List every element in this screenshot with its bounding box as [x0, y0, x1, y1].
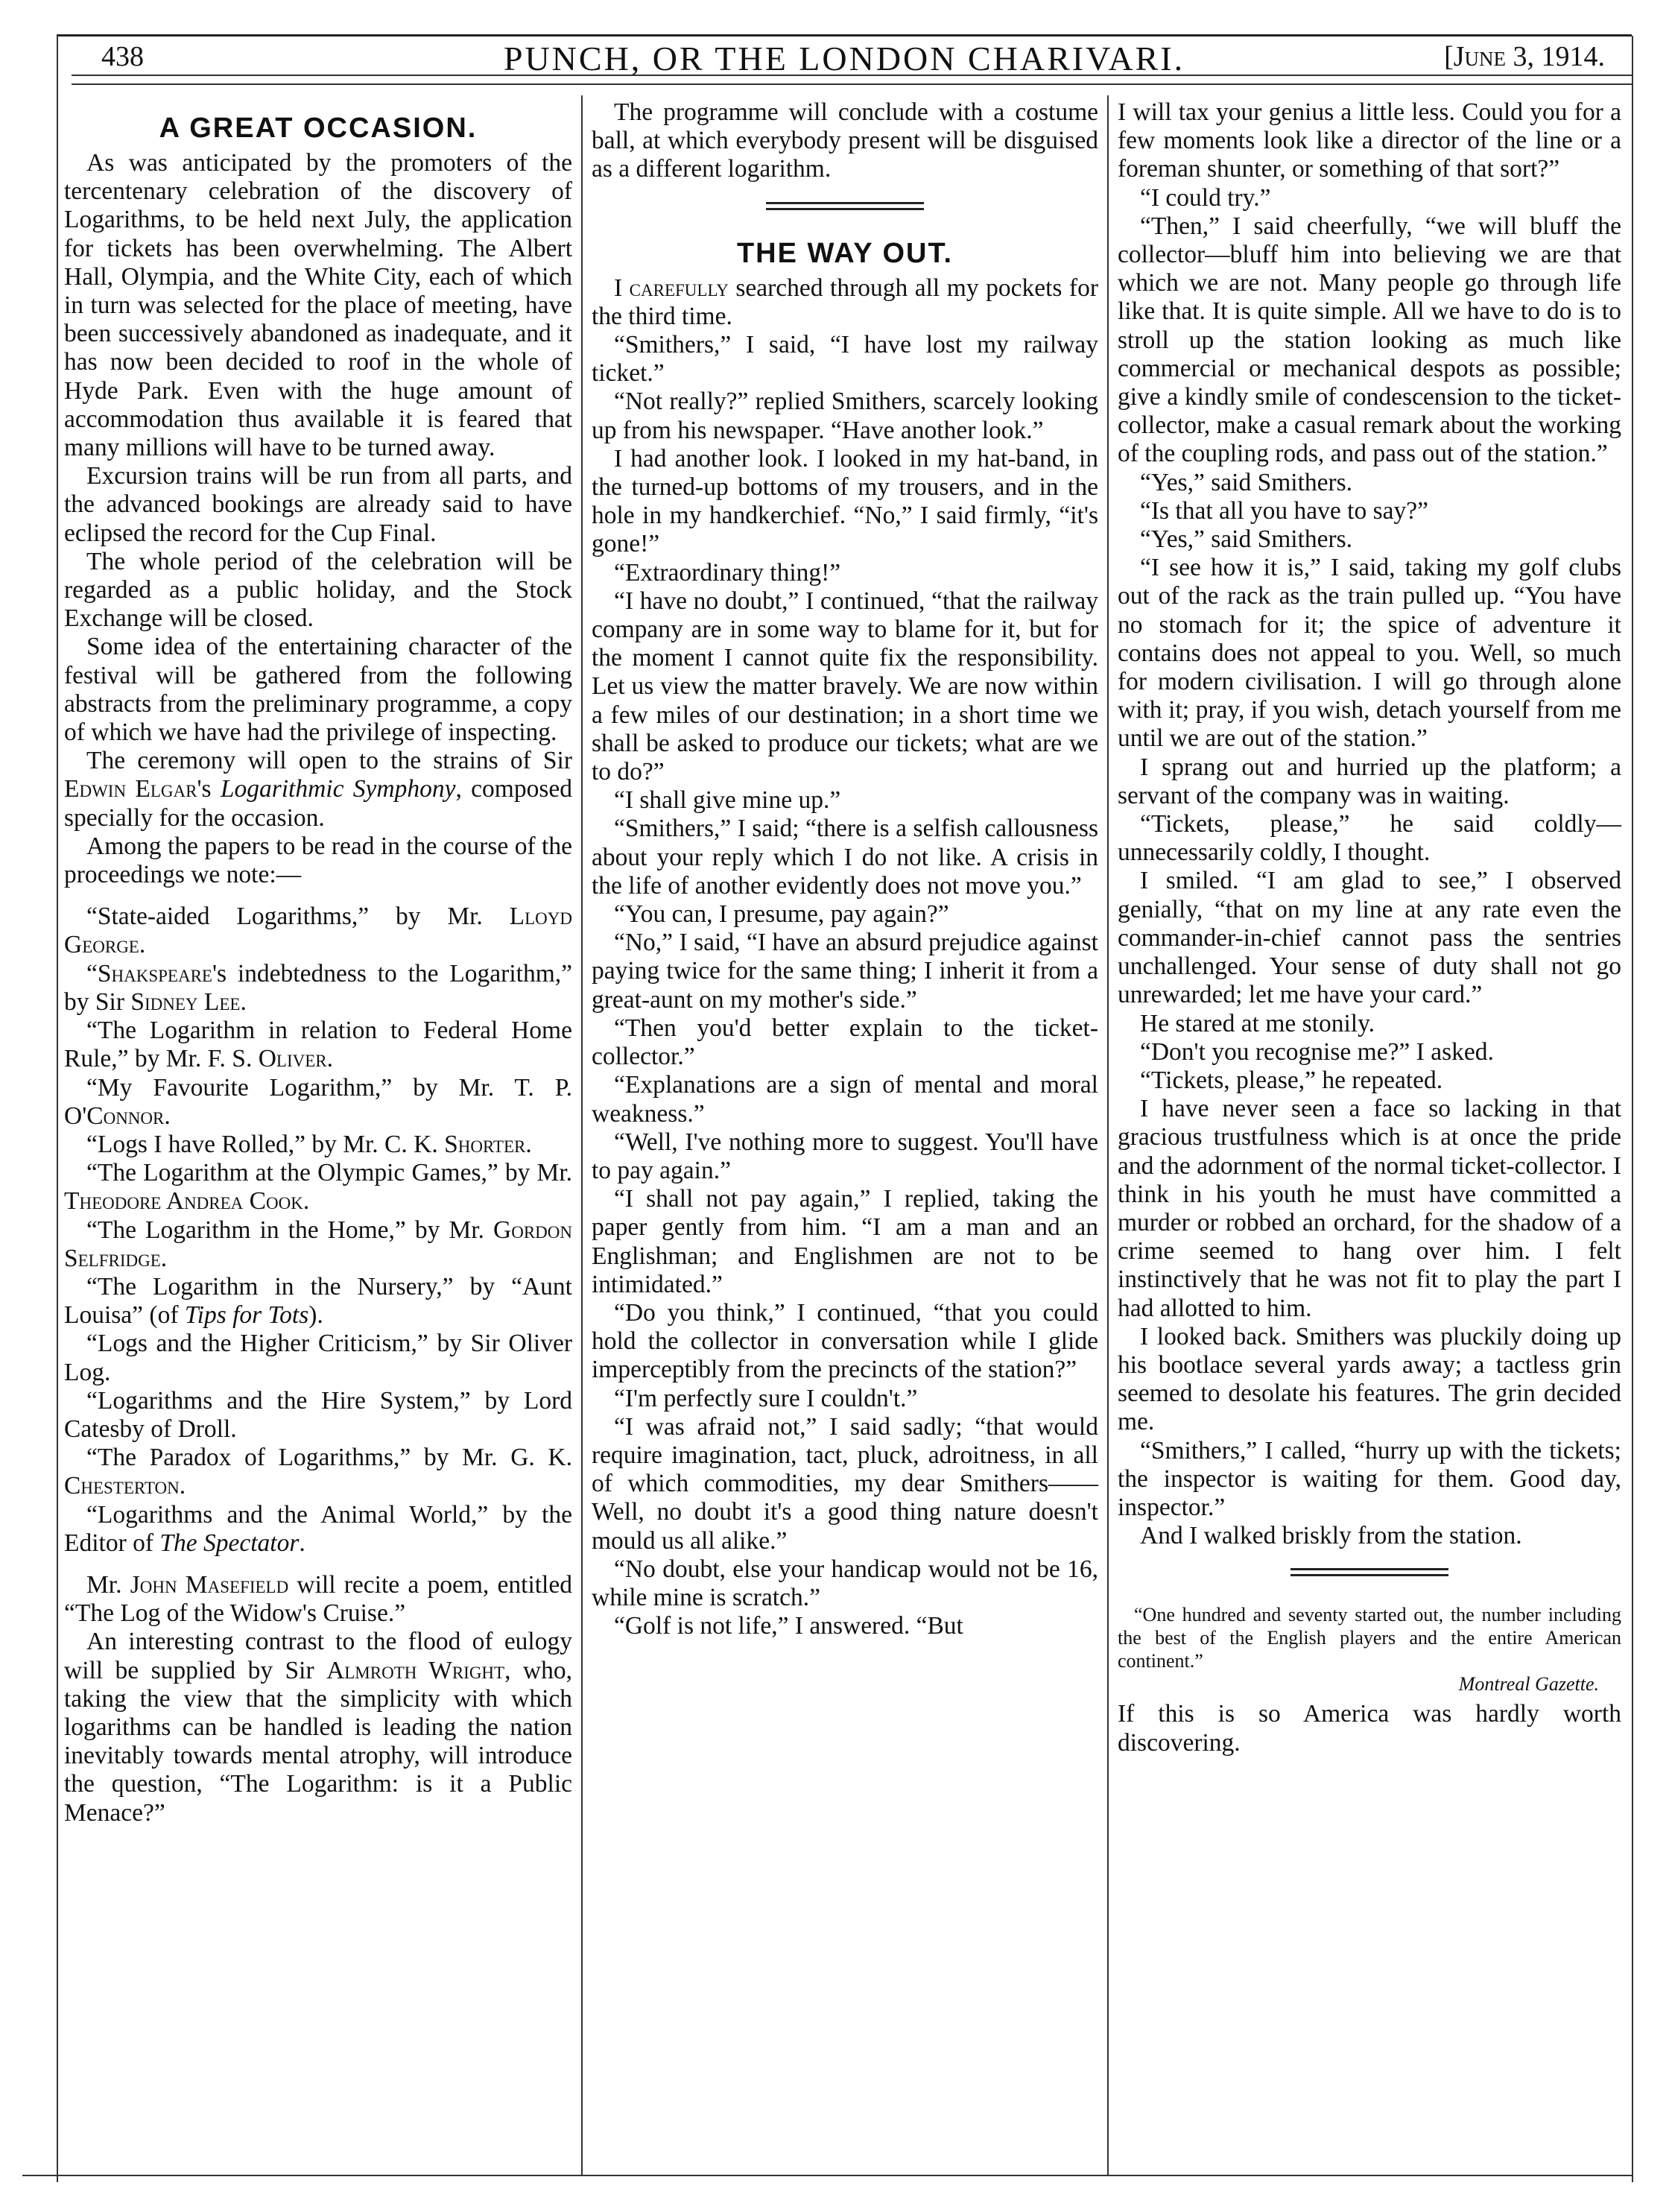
column-1: A GREAT OCCASION. As was anticipated by …	[64, 98, 572, 1827]
paper-entry: “My Favourite Logarithm,” by Mr. T. P. O…	[64, 1074, 572, 1131]
paragraph: “You can, I presume, pay again?”	[592, 900, 1098, 929]
paper-entry: “The Paradox of Logarithms,” by Mr. G. K…	[64, 1444, 572, 1500]
paper-entry: “The Logarithm in relation to Federal Ho…	[64, 1017, 572, 1073]
paper-entry: “The Logarithm in the Nursery,” by “Aunt…	[64, 1273, 572, 1330]
header-rule	[72, 75, 1632, 76]
quote-text: “One hundred and seventy started out, th…	[1118, 1603, 1621, 1672]
paragraph: “Tickets, please,” he repeated.	[1118, 1066, 1621, 1095]
paragraph: The programme will conclude with a costu…	[592, 98, 1098, 184]
paragraph: “Not really?” replied Smithers, scarcely…	[592, 388, 1098, 444]
paper-entry: “Logarithms and the Hire System,” by Lor…	[64, 1387, 572, 1444]
paragraph: “I'm perfectly sure I couldn't.”	[592, 1385, 1098, 1413]
paragraph: I looked back. Smithers was pluckily doi…	[1118, 1323, 1621, 1437]
paragraph: “Extraordinary thing!”	[592, 559, 1098, 587]
paragraph: “Explanations are a sign of mental and m…	[592, 1071, 1098, 1128]
masthead: 438 PUNCH, OR THE LONDON CHARIVARI. [Jun…	[57, 37, 1632, 76]
paragraph: I will tax your genius a little less. Co…	[1118, 98, 1621, 184]
paragraph: The whole period of the celebration will…	[64, 548, 572, 633]
paper-entry: “The Logarithm in the Home,” by Mr. Gord…	[64, 1216, 572, 1273]
paragraph: “I was afraid not,” I said sadly; “that …	[592, 1413, 1098, 1555]
paragraph: “Then you'd better explain to the ticket…	[592, 1014, 1098, 1071]
section-divider	[766, 202, 924, 210]
paragraph: “Don't you recognise me?” I asked.	[1118, 1038, 1621, 1066]
paragraph: As was anticipated by the promoters of t…	[64, 149, 572, 462]
paper-entry: “State-aided Logarithms,” by Mr. Lloyd G…	[64, 903, 572, 959]
paper-entry: “Logarithms and the Animal World,” by th…	[64, 1501, 572, 1558]
paragraph: Among the papers to be read in the cours…	[64, 832, 572, 889]
paper-entry: “Logs and the Higher Criticism,” by Sir …	[64, 1330, 572, 1386]
column-3: I will tax your genius a little less. Co…	[1118, 98, 1621, 1757]
bottom-border-rule	[22, 2175, 1632, 2176]
editorial-comment: If this is so America was hardly worth d…	[1118, 1700, 1621, 1757]
paragraph: “Golf is not life,” I answered. “But	[592, 1612, 1098, 1640]
paragraph: “Smithers,” I called, “hurry up with the…	[1118, 1437, 1621, 1523]
paragraph: “I shall not pay again,” I replied, taki…	[592, 1185, 1098, 1299]
paragraph: The ceremony will open to the strains of…	[64, 747, 572, 832]
paragraph: “Is that all you have to say?”	[1118, 497, 1621, 525]
paper-entry: “The Logarithm at the Olympic Games,” by…	[64, 1159, 572, 1216]
paragraph: Some idea of the entertaining character …	[64, 633, 572, 747]
article-title: THE WAY OUT.	[592, 237, 1098, 270]
paragraph: “Do you think,” I continued, “that you c…	[592, 1299, 1098, 1385]
paragraph: “No doubt, else your handicap would not …	[592, 1555, 1098, 1612]
paper-entry: “Shakspeare's indebtedness to the Logari…	[64, 960, 572, 1017]
paragraph: He stared at me stonily.	[1118, 1010, 1621, 1038]
paragraph: I have never seen a face so lacking in t…	[1118, 1095, 1621, 1323]
paragraph: I sprang out and hurried up the platform…	[1118, 753, 1621, 810]
header-rule	[72, 83, 1632, 85]
paragraph: “No,” I said, “I have an absurd prejudic…	[592, 929, 1098, 1014]
paragraph: Mr. John Masefield will recite a poem, e…	[64, 1571, 572, 1628]
column-divider	[1107, 95, 1109, 2175]
paragraph: I carefully searched through all my pock…	[592, 274, 1098, 331]
paragraph: I had another look. I looked in my hat-b…	[592, 445, 1098, 559]
paragraph: “Yes,” said Smithers.	[1118, 469, 1621, 497]
section-divider	[1290, 1568, 1448, 1576]
paragraph: “I could try.”	[1118, 184, 1621, 212]
paragraph: “Then,” I said cheerfully, “we will bluf…	[1118, 212, 1621, 469]
paragraph: “Smithers,” I said; “there is a selfish …	[592, 815, 1098, 900]
paragraph: Excursion trains will be run from all pa…	[64, 462, 572, 548]
paragraph: “I shall give mine up.”	[592, 786, 1098, 815]
article-title: A GREAT OCCASION.	[64, 112, 572, 145]
paragraph: And I walked briskly from the station.	[1118, 1522, 1621, 1550]
paragraph: I smiled. “I am glad to see,” I observed…	[1118, 867, 1621, 1009]
issue-date: [June 3, 1914.	[1444, 40, 1605, 73]
quote-source: Montreal Gazette.	[1118, 1672, 1621, 1696]
paragraph: “Yes,” said Smithers.	[1118, 525, 1621, 554]
paragraph: “Well, I've nothing more to suggest. You…	[592, 1128, 1098, 1185]
publication-title: PUNCH, OR THE LONDON CHARIVARI.	[57, 39, 1632, 78]
column-divider	[581, 95, 583, 2175]
paper-entry: “Logs I have Rolled,” by Mr. C. K. Short…	[64, 1131, 572, 1159]
paragraph: An interesting contrast to the flood of …	[64, 1628, 572, 1827]
paragraph: “I see how it is,” I said, taking my gol…	[1118, 554, 1621, 753]
column-2: The programme will conclude with a costu…	[592, 98, 1098, 1640]
paragraph: “Tickets, please,” he said coldly—unnece…	[1118, 810, 1621, 867]
paragraph: “I have no doubt,” I continued, “that th…	[592, 587, 1098, 786]
paragraph: “Smithers,” I said, “I have lost my rail…	[592, 331, 1098, 388]
press-quote: “One hundred and seventy started out, th…	[1118, 1603, 1621, 1696]
